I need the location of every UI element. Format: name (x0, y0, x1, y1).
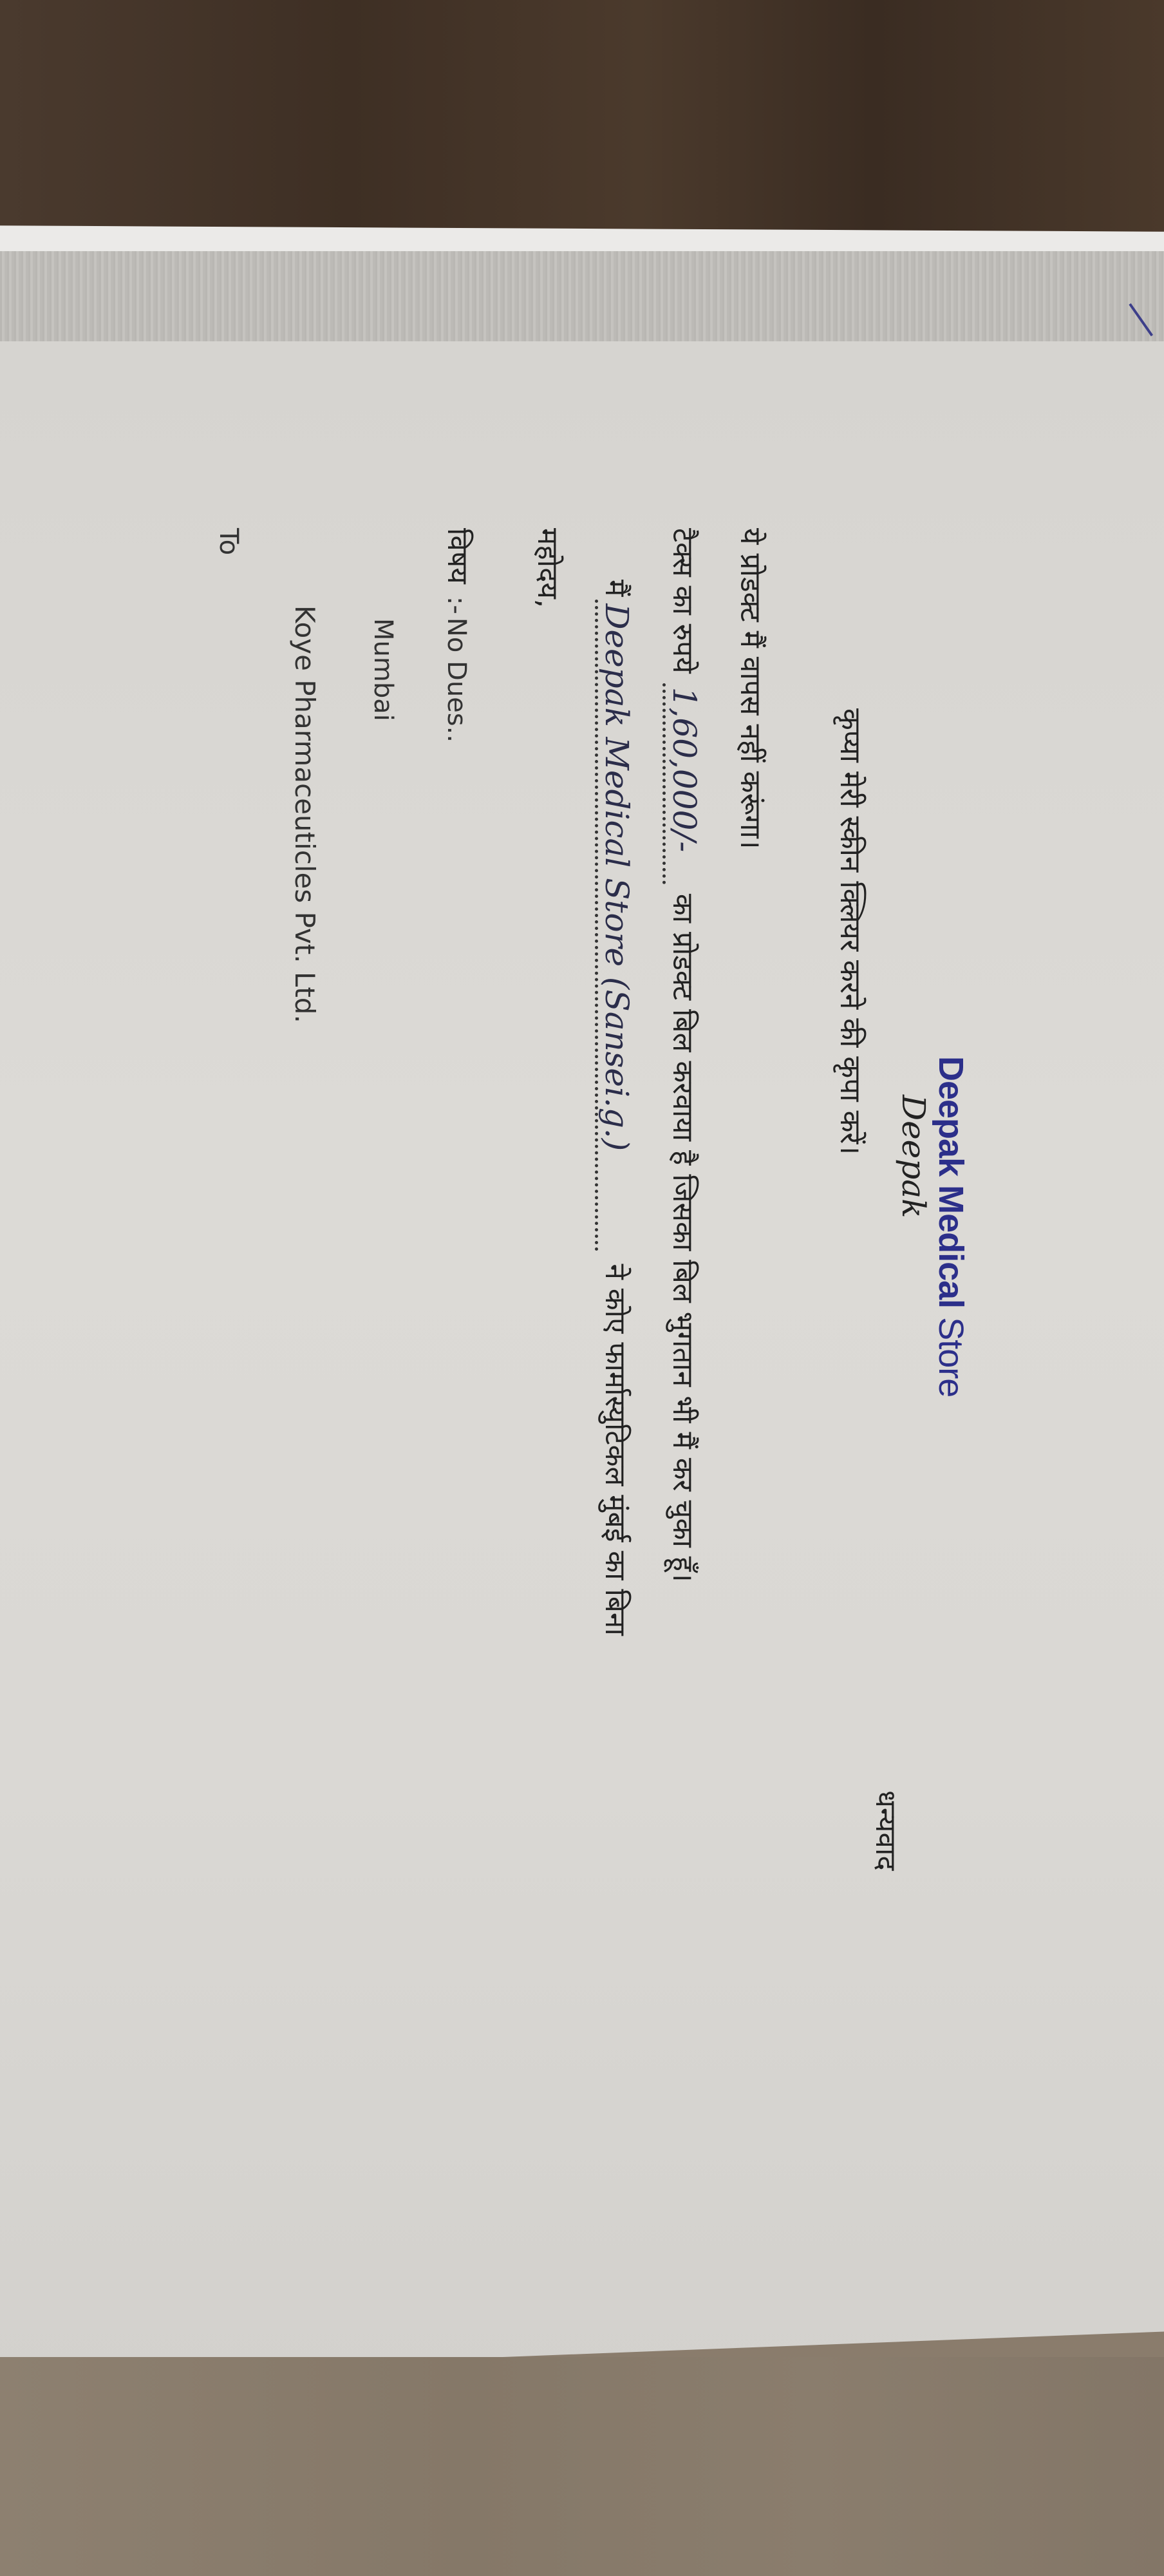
store-name-handwritten: Deepak Medical Store (Sansei.g.) (595, 600, 635, 1251)
to-label: To (214, 528, 243, 555)
closing-thanks: धन्यवाद (868, 1790, 906, 1871)
para2-prefix: टैक्स का रुपये (666, 528, 699, 674)
paragraph-line-2: टैक्स का रुपये 1,60,000/- का प्रोडक्ट बि… (662, 528, 704, 1582)
paragraph-line-1: मैं Deepak Medical Store (Sansei.g.) ने … (595, 580, 636, 1636)
request-line: कृप्या मेरी स्कीन क्लियर करने की कृपा कर… (832, 708, 871, 1155)
store-stamp: Deepak Medical Store (931, 1056, 971, 1397)
para1-continuation: ने कोए फार्मास्युटिकल मुंबई का बिना (599, 1264, 632, 1636)
subject-text: No Dues.. (442, 618, 471, 743)
stamp-brand: Deepak Medical (932, 1056, 970, 1308)
subject-separator: :- (442, 596, 471, 614)
signature: Deepak (895, 1095, 932, 1218)
recipient-city: Mumbai (368, 618, 398, 721)
para2-continuation: का प्रोडक्ट बिल करवाया है जिसका बिल भुगत… (666, 894, 699, 1582)
letter-content: To Koye Pharmaceuticles Pvt. Ltd. Mumbai… (0, 0, 1164, 2576)
paragraph-line-3: ये प्रोडक्ट मैं वापस नहीं करूंगा। (733, 528, 771, 849)
salutation: महोदय, (530, 528, 568, 608)
para1-prefix: मैं (599, 580, 632, 596)
amount-handwritten: 1,60,000/- (662, 683, 703, 884)
stamp-suffix: Store (932, 1317, 970, 1397)
subject-label: विषय (441, 528, 474, 584)
recipient-company: Koye Pharmaceuticles Pvt. Ltd. (289, 605, 321, 1023)
subject-line: विषय :- No Dues.. (440, 528, 478, 743)
